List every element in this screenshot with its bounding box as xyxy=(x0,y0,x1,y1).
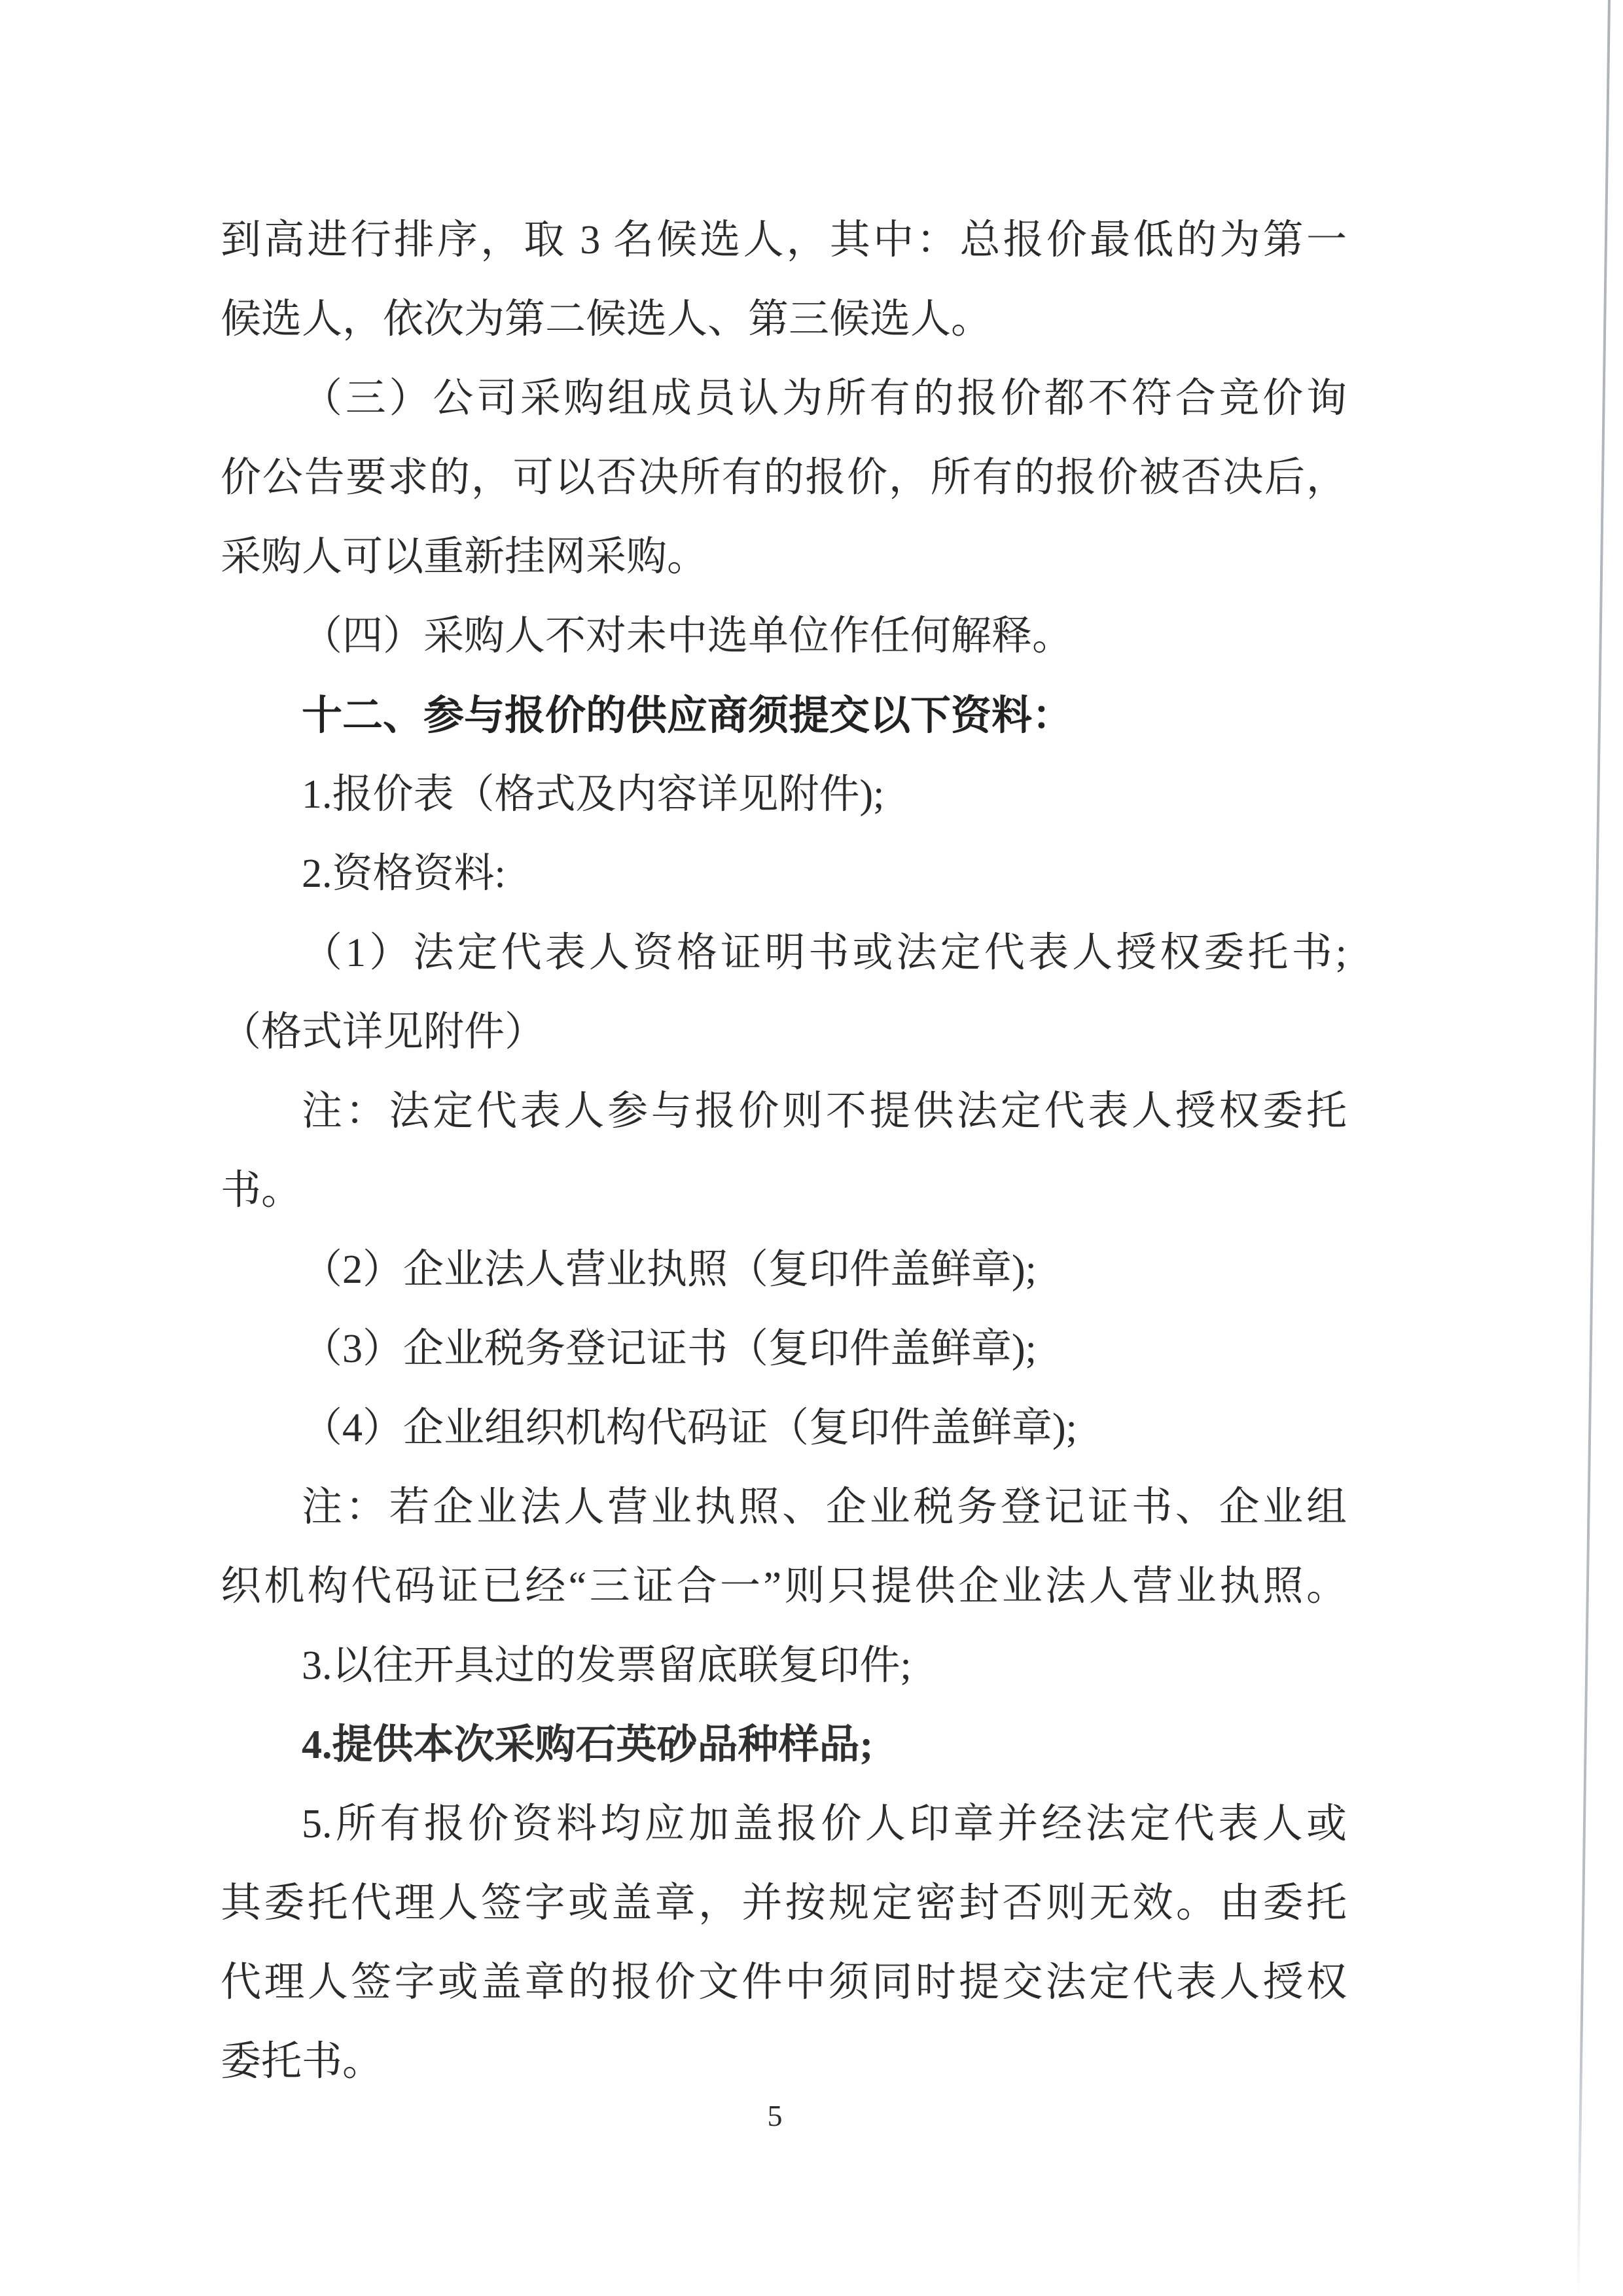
text-line: 2.资格资料: xyxy=(221,834,1347,914)
text-line: 价公告要求的，可以否决所有的报价，所有的报价被否决后， xyxy=(221,439,1347,518)
text-line: 到高进行排序，取 3 名候选人，其中：总报价最低的为第一 xyxy=(221,201,1347,280)
text-line: 其委托代理人签字或盖章，并按规定密封否则无效。由委托 xyxy=(221,1864,1347,1943)
text-line: （三）公司采购组成员认为所有的报价都不符合竞价询 xyxy=(221,359,1347,439)
text-line: 注：法定代表人参与报价则不提供法定代表人授权委托 xyxy=(221,1072,1347,1151)
text-line: 采购人可以重新挂网采购。 xyxy=(221,518,1347,597)
text-line: （1）法定代表人资格证明书或法定代表人授权委托书; xyxy=(221,914,1347,993)
text-line: 十二、参与报价的供应商须提交以下资料： xyxy=(221,676,1347,755)
text-line: 委托书。 xyxy=(221,2022,1347,2102)
text-line: （4）企业组织机构代码证（复印件盖鲜章); xyxy=(221,1389,1347,1468)
document-page: 到高进行排序，取 3 名候选人，其中：总报价最低的为第一候选人，依次为第二候选人… xyxy=(0,0,1623,2296)
scan-artifact-line xyxy=(1577,0,1611,2296)
text-line: 4.提供本次采购石英砂品种样品; xyxy=(221,1706,1347,1785)
text-line: 书。 xyxy=(221,1151,1347,1230)
text-line: 3.以往开具过的发票留底联复印件; xyxy=(221,1626,1347,1706)
page-number: 5 xyxy=(0,2097,1550,2135)
text-line: 1.报价表（格式及内容详见附件); xyxy=(221,755,1347,834)
text-block: 到高进行排序，取 3 名候选人，其中：总报价最低的为第一候选人，依次为第二候选人… xyxy=(221,201,1347,2102)
text-line: 注：若企业法人营业执照、企业税务登记证书、企业组 xyxy=(221,1468,1347,1547)
text-line: （格式详见附件） xyxy=(221,993,1347,1072)
text-line: 代理人签字或盖章的报价文件中须同时提交法定代表人授权 xyxy=(221,1943,1347,2022)
text-line: 织机构代码证已经“三证合一”则只提供企业法人营业执照。 xyxy=(221,1547,1347,1626)
text-line: 候选人，依次为第二候选人、第三候选人。 xyxy=(221,280,1347,359)
text-line: （2）企业法人营业执照（复印件盖鲜章); xyxy=(221,1230,1347,1310)
text-line: 5.所有报价资料均应加盖报价人印章并经法定代表人或 xyxy=(221,1785,1347,1864)
text-line: （四）采购人不对未中选单位作任何解释。 xyxy=(221,597,1347,676)
text-line: （3）企业税务登记证书（复印件盖鲜章); xyxy=(221,1310,1347,1389)
